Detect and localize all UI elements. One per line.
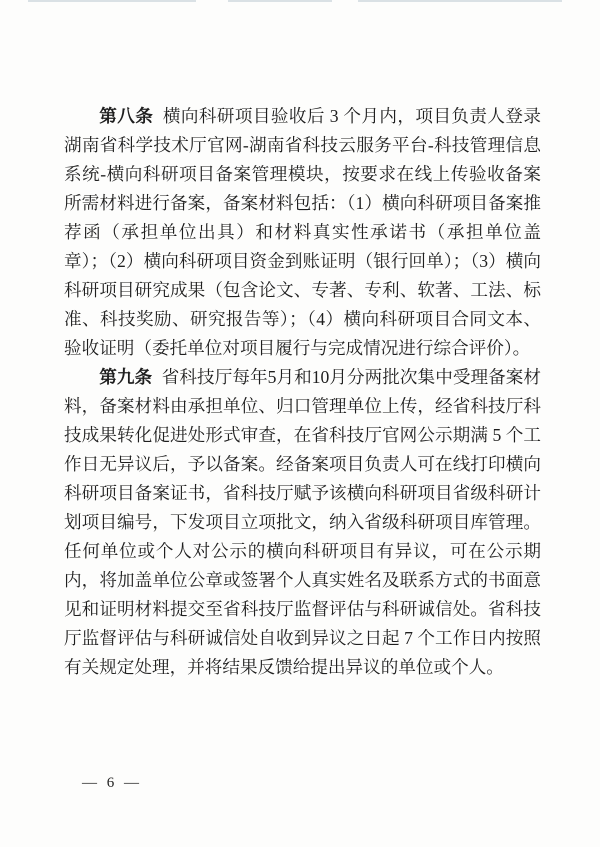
article-8-text: 横向科研项目验收后 3 个月内，项目负责人登录湖南省科学技术厅官网-湖南省科技云… [64, 106, 541, 358]
article-9-text: 省科技厅每年5月和10月分两批次集中受理备案材料，备案材料由承担单位、归口管理单… [64, 367, 541, 677]
article-8-paragraph: 第八条横向科研项目验收后 3 个月内，项目负责人登录湖南省科学技术厅官网-湖南省… [64, 102, 541, 363]
scan-artifact-top-left [28, 0, 196, 2]
article-9-term: 第九条 [99, 367, 162, 387]
page-number: — 6 — [82, 775, 142, 792]
scan-artifact-top-middle [228, 0, 332, 2]
article-9-paragraph: 第九条省科技厅每年5月和10月分两批次集中受理备案材料，备案材料由承担单位、归口… [64, 363, 541, 682]
document-body: 第八条横向科研项目验收后 3 个月内，项目负责人登录湖南省科学技术厅官网-湖南省… [64, 102, 541, 682]
document-page: 第八条横向科研项目验收后 3 个月内，项目负责人登录湖南省科学技术厅官网-湖南省… [0, 0, 600, 847]
scan-artifact-top-right [358, 0, 562, 2]
article-8-term: 第八条 [99, 106, 163, 126]
